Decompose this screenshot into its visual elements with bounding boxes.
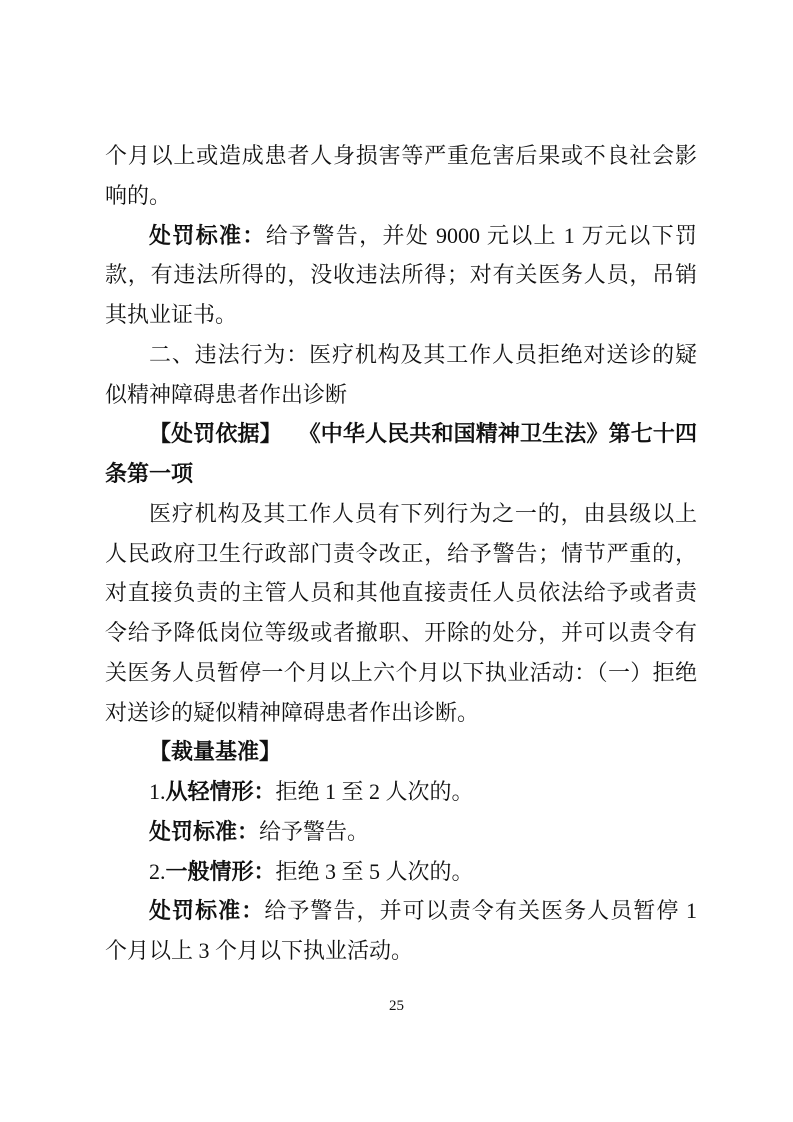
page-number: 25 <box>0 996 793 1016</box>
text-run: 从轻情形： <box>166 779 276 804</box>
text-run: 一般情形： <box>166 859 276 884</box>
text-run: 二、违法行为：医疗机构及其工作人员拒绝对送诊的疑似精神障碍患者作出诊断 <box>105 342 697 407</box>
paragraph: 处罚标准：给予警告。 <box>105 812 697 852</box>
text-run: 处罚标准： <box>149 898 264 923</box>
document-page: 个月以上或造成患者人身损害等严重危害后果或不良社会影响的。处罚标准：给予警告，并… <box>0 0 793 1122</box>
paragraph: 1.从轻情形：拒绝 1 至 2 人次的。 <box>105 772 697 812</box>
paragraph: 二、违法行为：医疗机构及其工作人员拒绝对送诊的疑似精神障碍患者作出诊断 <box>105 335 697 415</box>
text-run: 【裁量基准】 <box>149 739 281 764</box>
text-run: 处罚标准： <box>149 223 266 248</box>
document-body: 个月以上或造成患者人身损害等严重危害后果或不良社会影响的。处罚标准：给予警告，并… <box>105 136 697 971</box>
paragraph: 个月以上或造成患者人身损害等严重危害后果或不良社会影响的。 <box>105 136 697 216</box>
text-run: 1. <box>149 779 166 804</box>
text-run: 【处罚依据】 《中华人民共和国精神卫生法》第七十四条第一项 <box>105 421 697 486</box>
paragraph: 医疗机构及其工作人员有下列行为之一的，由县级以上人民政府卫生行政部门责令改正，给… <box>105 494 697 733</box>
text-run: 处罚标准： <box>149 819 259 844</box>
text-run: 给予警告。 <box>259 819 369 844</box>
text-run: 个月以上或造成患者人身损害等严重危害后果或不良社会影响的。 <box>105 143 697 208</box>
paragraph: 2.一般情形：拒绝 3 至 5 人次的。 <box>105 852 697 892</box>
paragraph: 【处罚依据】 《中华人民共和国精神卫生法》第七十四条第一项 <box>105 414 697 494</box>
text-run: 医疗机构及其工作人员有下列行为之一的，由县级以上人民政府卫生行政部门责令改正，给… <box>105 501 697 725</box>
text-run: 2. <box>149 859 166 884</box>
text-run: 拒绝 1 至 2 人次的。 <box>276 779 474 804</box>
paragraph: 处罚标准：给予警告，并可以责令有关医务人员暂停 1 个月以上 3 个月以下执业活… <box>105 891 697 971</box>
paragraph: 处罚标准：给予警告，并处 9000 元以上 1 万元以下罚款，有违法所得的，没收… <box>105 216 697 335</box>
text-run: 拒绝 3 至 5 人次的。 <box>276 859 474 884</box>
paragraph: 【裁量基准】 <box>105 732 697 772</box>
